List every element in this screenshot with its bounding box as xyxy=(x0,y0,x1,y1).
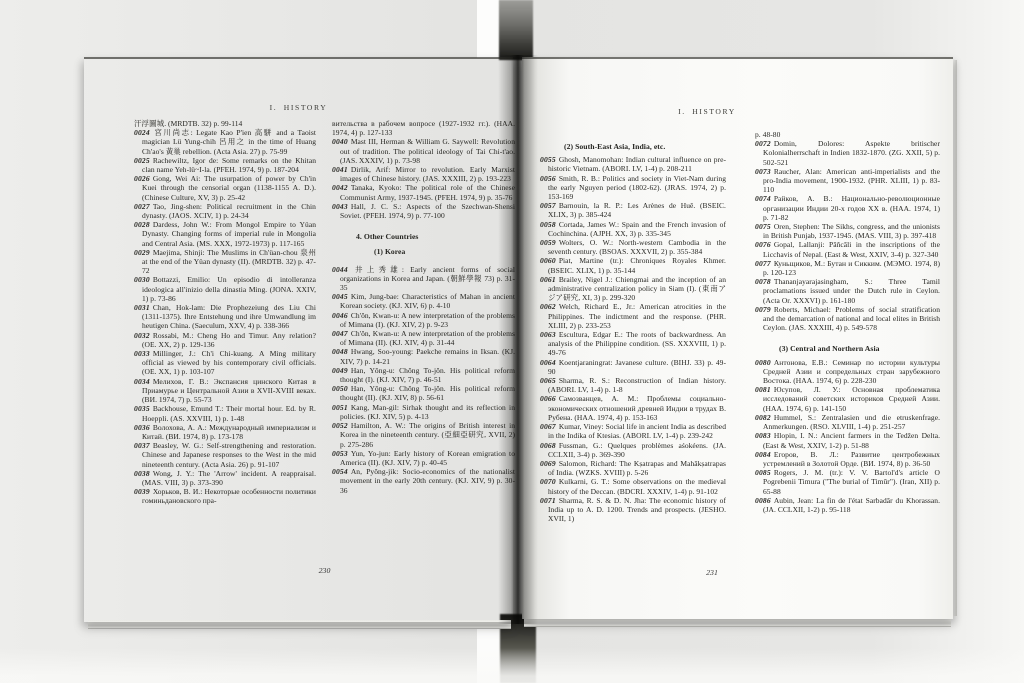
entry-number: 0062 xyxy=(540,302,556,311)
entry-number: 0077 xyxy=(755,259,771,268)
right-page-column-2: p. 48-800072Domin, Dolores: Aspekte brit… xyxy=(755,130,940,570)
entry-number: 0072 xyxy=(755,139,771,148)
entry-number: 0053 xyxy=(332,449,348,458)
bib-entry: 0046Ch'ŏn, Kwan-u: A new interpretation … xyxy=(332,311,515,329)
entry-number: 0085 xyxy=(755,468,771,477)
entry-number: 0037 xyxy=(134,441,150,450)
entry-number: 0075 xyxy=(755,222,771,231)
entry-number: 0058 xyxy=(540,220,556,229)
entry-number: 0060 xyxy=(540,256,556,265)
bib-entry: 0060Piat, Martine (tr.): Chroniques Roya… xyxy=(540,256,726,274)
entry-number: 0036 xyxy=(134,423,150,432)
bib-entry: 0052Hamilton, A. W.: The origins of Brit… xyxy=(332,421,515,449)
bib-entry: 0080Антонова, Е.В.: Семинар по истории к… xyxy=(755,358,940,386)
entry-number: 0048 xyxy=(332,347,348,356)
bib-entry: 0049Han, Yŏng-u: Chŏng To-jŏn. His polit… xyxy=(332,366,515,384)
bib-entry: 0038Wong, J. Y.: The 'Arrow' incident. A… xyxy=(134,469,316,487)
entry-number: 0079 xyxy=(755,305,771,314)
entry-number: 0044 xyxy=(332,265,348,274)
bib-entry: 0050Han, Yŏng-u: Chŏng To-jŏn. His polit… xyxy=(332,384,515,402)
book-scan: I. HISTORY 汗浮圖城. (MRDTB. 32) p. 99-11400… xyxy=(0,0,1024,683)
bib-entry: 0065Sharma, R. S.: Reconstruction of Ind… xyxy=(540,376,726,394)
bib-entry: 0028Dardess, John W.: From Mongol Empire… xyxy=(134,220,316,248)
entry-number: 0081 xyxy=(755,385,771,394)
entry-number: 0078 xyxy=(755,277,771,286)
entry-number: 0029 xyxy=(134,248,150,257)
entry-number: 0074 xyxy=(755,194,771,203)
bib-entry: 0085Rogers, J. M. (tr.): V. V. Bartol'd'… xyxy=(755,468,940,496)
bib-entry: 0082Hummel, S.: Zentralasien und die etr… xyxy=(755,413,940,431)
bib-entry: 0025Rachewiltz, Igor de: Some remarks on… xyxy=(134,156,316,174)
spine-gutter-shadow xyxy=(498,55,538,624)
bib-entry: 0047Ch'ŏn, Kwan-u: A new interpretation … xyxy=(332,329,515,347)
bib-entry: 0081Юсупов, Л. У.: Основная проблематика… xyxy=(755,385,940,413)
bib-entry: 0073Raucher, Alan: American anti-imperia… xyxy=(755,167,940,195)
bib-entry: 0075Oren, Stephen: The Sikhs, congress, … xyxy=(755,222,940,240)
bib-entry: 0039Хорьков, В. И.: Некоторые особенност… xyxy=(134,487,316,505)
scanner-background-strip-top xyxy=(477,0,499,58)
bib-entry: 0072Domin, Dolores: Aspekte britischer K… xyxy=(755,139,940,167)
running-head-left: I. HISTORY xyxy=(84,103,513,112)
bib-entry: 0041Dirlik, Arif: Mirror to revolution. … xyxy=(332,165,515,183)
entry-number: 0055 xyxy=(540,155,556,164)
bib-entry: 0031Chan, Hok-lam: Die Prophezeiung des … xyxy=(134,303,316,331)
entry-number: 0076 xyxy=(755,240,771,249)
entry-number: 0038 xyxy=(134,469,150,478)
entry-number: 0045 xyxy=(332,292,348,301)
entry-number: 0070 xyxy=(540,477,556,486)
bib-entry: 0051Kang, Man-gil: Sirhak thought and it… xyxy=(332,403,515,421)
bib-entry-continuation: p. 48-80 xyxy=(755,130,940,139)
entry-number: 0057 xyxy=(540,201,556,210)
left-page: I. HISTORY 汗浮圖城. (MRDTB. 32) p. 99-11400… xyxy=(84,57,513,622)
bib-entry: 0067Kumar, Viney: Social life in ancient… xyxy=(540,422,726,440)
book-spine-edge-top xyxy=(499,0,533,60)
entry-number: 0047 xyxy=(332,329,348,338)
section-heading: 4. Other Countries xyxy=(356,232,515,241)
entry-number: 0069 xyxy=(540,459,556,468)
running-head-right: I. HISTORY xyxy=(522,107,892,116)
bib-entry: 0057Barnouin, la R. P.: Les Arènes de Hu… xyxy=(540,201,726,219)
entry-number: 0080 xyxy=(755,358,771,367)
entry-number: 0082 xyxy=(755,413,771,422)
entry-number: 0032 xyxy=(134,331,150,340)
entry-number: 0067 xyxy=(540,422,556,431)
entry-number: 0061 xyxy=(540,275,556,284)
entry-number: 0066 xyxy=(540,394,556,403)
scanner-background-strip-bottom xyxy=(477,622,501,683)
bib-entry: 0059Wolters, O. W.: North-western Cambod… xyxy=(540,238,726,256)
entry-number: 0064 xyxy=(540,358,556,367)
entry-number: 0059 xyxy=(540,238,556,247)
bib-entry: 0036Волохова, А. А.: Международный импер… xyxy=(134,423,316,441)
bib-entry-continuation: 汗浮圖城. (MRDTB. 32) p. 99-114 xyxy=(134,119,316,128)
entry-number: 0049 xyxy=(332,366,348,375)
entry-number: 0056 xyxy=(540,174,556,183)
section-heading: (2) South-East Asia, India, etc. xyxy=(564,142,726,151)
bib-entry: 0024宮川尚志: Legate Kao P'ien 高駢 and a Taoi… xyxy=(134,128,316,156)
entry-number: 0040 xyxy=(332,137,348,146)
entry-number: 0051 xyxy=(332,403,348,412)
bib-entry: 0040Mast III, Herman & William G. Saywel… xyxy=(332,137,515,165)
entry-number: 0025 xyxy=(134,156,150,165)
entry-number: 0084 xyxy=(755,450,771,459)
bib-entry: 0042Tanaka, Kyoko: The political role of… xyxy=(332,183,515,201)
right-page-column-1: (2) South-East Asia, India, etc.0055Ghos… xyxy=(540,130,726,570)
bib-entry: 0062Welch, Richard E., Jr.: American atr… xyxy=(540,302,726,330)
bib-entry: 0069Salomon, Richard: The Kṣatrapas and … xyxy=(540,459,726,477)
entry-number: 0030 xyxy=(134,275,150,284)
entry-number: 0065 xyxy=(540,376,556,385)
bib-entry: 0066Самозванцев, А. М.: Проблемы социаль… xyxy=(540,394,726,422)
right-page: I. HISTORY (2) South-East Asia, India, e… xyxy=(522,57,953,619)
bib-entry: 0055Ghosh, Manomohan: Indian cultural in… xyxy=(540,155,726,173)
left-page-column-2: вительства в рабочем вопросе (1927-1932 … xyxy=(332,119,515,569)
entry-number: 0046 xyxy=(332,311,348,320)
section-heading: (1) Korea xyxy=(374,247,515,256)
bib-entry: 0026Gong, Wei Ai: The usurpation of powe… xyxy=(134,174,316,202)
entry-number: 0068 xyxy=(540,441,556,450)
bib-entry: 0029Maejima, Shinji: The Muslims in Ch'ü… xyxy=(134,248,316,276)
bib-entry: 0054An, Pyŏng-jik: Socio-economics of th… xyxy=(332,467,515,495)
entry-number: 0027 xyxy=(134,202,150,211)
bib-entry: 0044井上秀雄: Early ancient forms of social … xyxy=(332,265,515,293)
bib-entry: 0058Cortada, James W.: Spain and the Fre… xyxy=(540,220,726,238)
bib-entry: 0084Егоров, В. Л.: Развитие центробежных… xyxy=(755,450,940,468)
bib-entry: 0070Kulkarni, G. T.: Some observations o… xyxy=(540,477,726,495)
bib-entry: 0045Kim, Jung-bae: Characteristics of Ma… xyxy=(332,292,515,310)
entry-number: 0031 xyxy=(134,303,150,312)
entry-number: 0034 xyxy=(134,377,150,386)
bib-entry: 0071Sharma, R. S. & D. N. Jha: The econo… xyxy=(540,496,726,524)
bib-entry: 0037Beasley, W. G.: Self-strengthening a… xyxy=(134,441,316,469)
entry-number: 0054 xyxy=(332,467,348,476)
bib-entry: 0079Roberts, Michael: Problems of social… xyxy=(755,305,940,333)
entry-number: 0033 xyxy=(134,349,150,358)
bib-entry: 0061Brailey, Nigel J.: Chiengmai and the… xyxy=(540,275,726,303)
bib-entry: 0083Hlopin, I. N.: Ancient farmers in th… xyxy=(755,431,940,449)
bib-entry: 0063Escultura, Edgar E.: The roots of ba… xyxy=(540,330,726,358)
entry-number: 0050 xyxy=(332,384,348,393)
bib-entry: 0086Aubin, Jean: La fin de l'état Sarbad… xyxy=(755,496,940,514)
entry-number: 0035 xyxy=(134,404,150,413)
page-number-left: 230 xyxy=(134,566,515,575)
bib-entry: 0033Millinger, J.: Ch'i Chi-kuang. A Min… xyxy=(134,349,316,377)
bib-entry: 0048Hwang, Soo-young: Paekche remains in… xyxy=(332,347,515,365)
entry-number: 0026 xyxy=(134,174,150,183)
bib-entry: 0056Smith, R. B.: Politics and society i… xyxy=(540,174,726,202)
bib-entry: 0074Райков, А. В.: Национально-революцио… xyxy=(755,194,940,222)
section-heading: (3) Central and Northern Asia xyxy=(779,344,940,353)
bib-entry-continuation: вительства в рабочем вопросе (1927-1932 … xyxy=(332,119,515,137)
page-number-right: 231 xyxy=(652,568,772,577)
entry-number: 0028 xyxy=(134,220,150,229)
bib-entry: 0077Куньщиков, М.: Бутан и Сикким. (МЭМО… xyxy=(755,259,940,277)
bib-entry: 0035Backhouse, Emund T.: Their mortal ho… xyxy=(134,404,316,422)
bib-entry: 0064Koentjaraningrat: Javanese culture. … xyxy=(540,358,726,376)
bib-entry: 0068Fussman, G.: Quelques problèmes aśok… xyxy=(540,441,726,459)
bib-entry: 0027Tao, Jing-shen: Political recruitmen… xyxy=(134,202,316,220)
entry-number: 0083 xyxy=(755,431,771,440)
entry-number: 0041 xyxy=(332,165,348,174)
entry-number: 0071 xyxy=(540,496,556,505)
entry-number: 0063 xyxy=(540,330,556,339)
bib-entry: 0076Gopal, Lallanji: Pāñcāli in the insc… xyxy=(755,240,940,258)
bib-entry: 0030Bottazzi, Emilio: Un episodio di int… xyxy=(134,275,316,303)
bib-entry: 0034Мелихов, Г. В.: Экспансия цинского К… xyxy=(134,377,316,405)
entry-number: 0073 xyxy=(755,167,771,176)
entry-number: 0052 xyxy=(332,421,348,430)
bib-entry: 0053Yun, Yo-jun: Early history of Korean… xyxy=(332,449,515,467)
bib-entry: 0032Rossabi, M.: Cheng Ho and Timur. Any… xyxy=(134,331,316,349)
entry-number: 0043 xyxy=(332,202,348,211)
entry-number: 0086 xyxy=(755,496,771,505)
entry-number: 0039 xyxy=(134,487,150,496)
bib-entry: 0078Thananjayarajasingham, S.: Three Tam… xyxy=(755,277,940,305)
entry-number: 0042 xyxy=(332,183,348,192)
entry-number: 0024 xyxy=(134,128,150,137)
bib-entry: 0043Hall, J. C. S.: Aspects of the Szech… xyxy=(332,202,515,220)
left-page-column-1: 汗浮圖城. (MRDTB. 32) p. 99-1140024宮川尚志: Leg… xyxy=(134,119,316,569)
